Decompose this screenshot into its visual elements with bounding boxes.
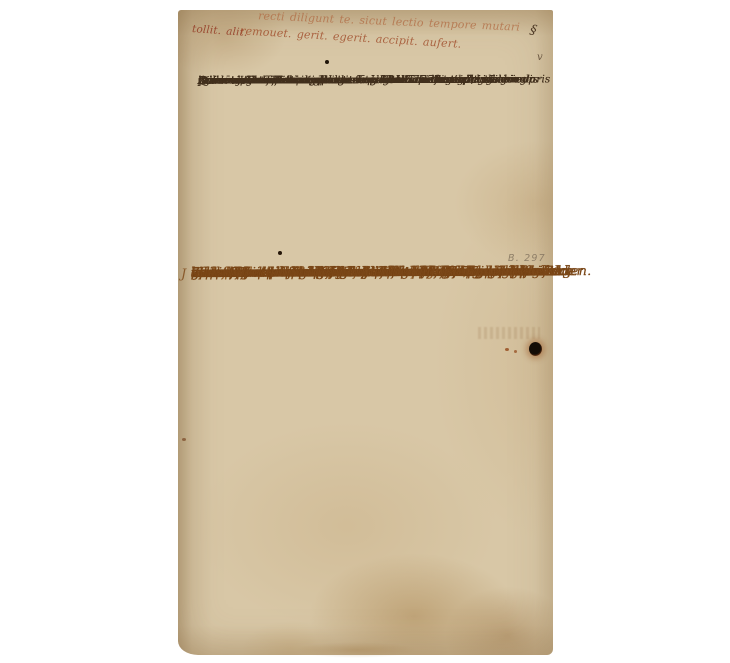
english-text-block: eileue on enne god fæder· al mihti. þurh… — [191, 263, 551, 265]
latin-text-block: Robertus rex francoʒ· Victime pascali 7c… — [198, 73, 548, 74]
ink-dot — [325, 60, 329, 64]
manuscript-line: liues þere touwarde worlde. beo hit so. … — [191, 263, 496, 282]
stain — [296, 642, 416, 658]
manuscript-line: Quidam canoniens tornacensis: historiam … — [198, 74, 498, 88]
rust-speck — [514, 350, 517, 353]
ink-dot — [278, 251, 282, 255]
rust-speck — [505, 348, 509, 351]
manuscript-page-photo: tollit. alit. recti diligunt te. sicut l… — [178, 10, 553, 655]
check-mark: v — [537, 52, 543, 63]
wormhole — [529, 342, 542, 356]
ink-offset-smudge — [478, 327, 540, 339]
rust-speck — [182, 438, 186, 441]
page-background: { "marginalia": { "note_top_left": "toll… — [0, 0, 730, 663]
paragraph-mark: J — [181, 267, 186, 282]
quire-mark: § — [529, 22, 538, 38]
